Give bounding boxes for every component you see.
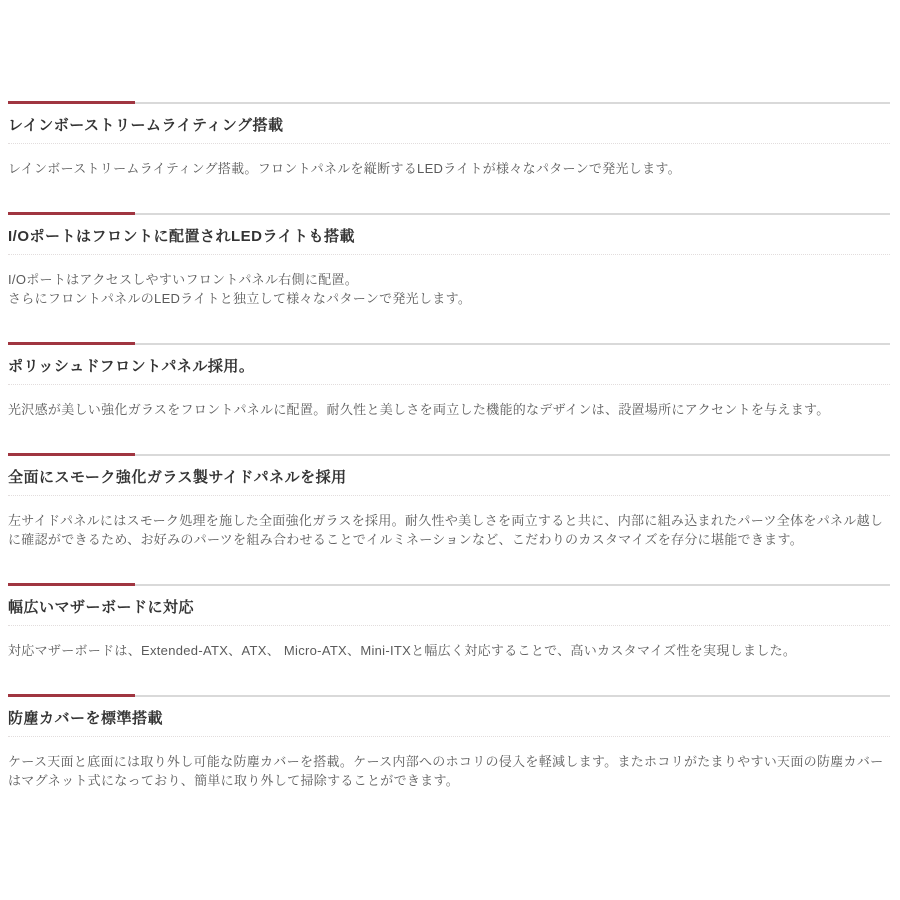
heading-underline (8, 254, 890, 255)
heading-underline (8, 384, 890, 385)
feature-section: I/Oポートはフロントに配置されLEDライトも搭載 I/Oポートはアクセスしやす… (8, 212, 890, 308)
section-divider (8, 342, 890, 345)
section-divider-line (8, 102, 890, 104)
heading-underline (8, 143, 890, 144)
section-divider-line (8, 213, 890, 215)
product-description-page: レインボーストリームライティング搭載 レインボーストリームライティング搭載。フロ… (0, 0, 900, 900)
section-heading: I/Oポートはフロントに配置されLEDライトも搭載 (8, 227, 890, 247)
section-divider-line (8, 454, 890, 456)
section-divider-accent (8, 101, 135, 104)
section-body: 対応マザーボードは、Extended-ATX、ATX、 Micro-ATX、Mi… (8, 641, 890, 660)
section-divider-accent (8, 453, 135, 456)
feature-section-list: レインボーストリームライティング搭載 レインボーストリームライティング搭載。フロ… (8, 101, 890, 790)
section-divider (8, 694, 890, 697)
section-divider-accent (8, 212, 135, 215)
section-heading: 幅広いマザーボードに対応 (8, 598, 890, 618)
section-heading: ポリッシュドフロントパネル採用。 (8, 357, 890, 377)
section-divider-accent (8, 583, 135, 586)
feature-section: 幅広いマザーボードに対応 対応マザーボードは、Extended-ATX、ATX、… (8, 583, 890, 660)
section-body-line: 左サイドパネルにはスモーク処理を施した全面強化ガラスを採用。耐久性や美しさを両立… (8, 511, 890, 549)
section-body-line: レインボーストリームライティング搭載。フロントパネルを縦断するLEDライトが様々… (8, 159, 890, 178)
section-body: 光沢感が美しい強化ガラスをフロントパネルに配置。耐久性と美しさを両立した機能的な… (8, 400, 890, 419)
section-heading: レインボーストリームライティング搭載 (8, 116, 890, 136)
feature-section: ポリッシュドフロントパネル採用。 光沢感が美しい強化ガラスをフロントパネルに配置… (8, 342, 890, 419)
feature-section: 全面にスモーク強化ガラス製サイドパネルを採用 左サイドパネルにはスモーク処理を施… (8, 453, 890, 549)
section-body-line: I/Oポートはアクセスしやすいフロントパネル右側に配置。 (8, 270, 890, 289)
heading-underline (8, 736, 890, 737)
section-divider-accent (8, 694, 135, 697)
heading-underline (8, 495, 890, 496)
section-heading: 防塵カバーを標準搭載 (8, 709, 890, 729)
feature-section: レインボーストリームライティング搭載 レインボーストリームライティング搭載。フロ… (8, 101, 890, 178)
section-divider (8, 212, 890, 215)
section-body: I/Oポートはアクセスしやすいフロントパネル右側に配置。さらにフロントパネルのL… (8, 270, 890, 308)
section-body: レインボーストリームライティング搭載。フロントパネルを縦断するLEDライトが様々… (8, 159, 890, 178)
section-body-line: ケース天面と底面には取り外し可能な防塵カバーを搭載。ケース内部へのホコリの侵入を… (8, 752, 890, 790)
section-divider-line (8, 695, 890, 697)
section-heading: 全面にスモーク強化ガラス製サイドパネルを採用 (8, 468, 890, 488)
section-body-line: さらにフロントパネルのLEDライトと独立して様々なパターンで発光します。 (8, 289, 890, 308)
section-divider-line (8, 343, 890, 345)
section-divider (8, 101, 890, 104)
section-body-line: 光沢感が美しい強化ガラスをフロントパネルに配置。耐久性と美しさを両立した機能的な… (8, 400, 890, 419)
section-body: ケース天面と底面には取り外し可能な防塵カバーを搭載。ケース内部へのホコリの侵入を… (8, 752, 890, 790)
heading-underline (8, 625, 890, 626)
section-divider-accent (8, 342, 135, 345)
section-divider-line (8, 584, 890, 586)
section-divider (8, 453, 890, 456)
section-body: 左サイドパネルにはスモーク処理を施した全面強化ガラスを採用。耐久性や美しさを両立… (8, 511, 890, 549)
feature-section: 防塵カバーを標準搭載 ケース天面と底面には取り外し可能な防塵カバーを搭載。ケース… (8, 694, 890, 790)
section-body-line: 対応マザーボードは、Extended-ATX、ATX、 Micro-ATX、Mi… (8, 641, 890, 660)
section-divider (8, 583, 890, 586)
